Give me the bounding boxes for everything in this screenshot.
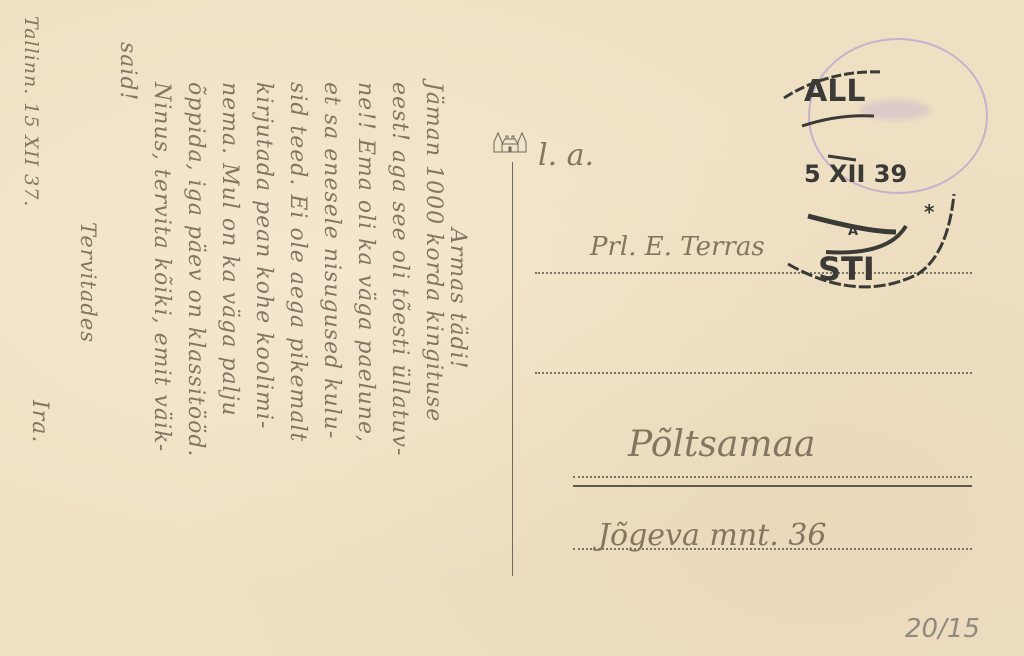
postmark: ALL 5 XII 39 A STI *: [778, 64, 958, 294]
message-line: et sa enesele nisugused kulu-: [319, 82, 344, 439]
postmark-bottom-text: STI: [818, 250, 875, 288]
city-underline: [573, 485, 972, 487]
address-name: Prl. E. Terras: [590, 232, 765, 262]
message-line: õppida, iga päev on klassitööd.: [183, 82, 208, 457]
message-closing: Tervitades: [76, 222, 100, 343]
address-line-2: [535, 372, 972, 374]
message-line: eest! aga see oli tõesti üllatuv-: [387, 82, 412, 456]
message-signature: Ira.: [27, 400, 52, 443]
postmark-letter: A: [848, 224, 858, 239]
address-city: Põltsamaa: [628, 424, 815, 465]
postmark-date: 5 XII 39: [804, 160, 907, 188]
message-line: nema. Mul on ka väga palju: [217, 82, 242, 417]
message-line: said!: [115, 42, 140, 101]
message-greeting: Armas tädi!: [445, 228, 470, 370]
message-line: Ninus, tervita kõiki, emit väik-: [149, 82, 174, 452]
reference-number: 20/15: [905, 614, 980, 644]
message-line: ne!! Ema oli ka väga paelune,: [353, 82, 378, 443]
postcard-back: Armas tädi! Jäman 1000 korda kingituse e…: [0, 0, 1024, 656]
message-line: Jäman 1000 korda kingituse: [421, 82, 446, 422]
center-divider: [512, 162, 513, 576]
message-date-place: Tallinn. 15 XII 37.: [20, 16, 42, 207]
address-line-4: [573, 548, 972, 550]
address-line-3: [573, 476, 972, 478]
postmark-top-text: ALL: [804, 74, 865, 109]
message-line: sid teed. Ei ole aega pikemalt: [285, 82, 310, 442]
castle-icon: [490, 128, 530, 156]
postmark-star-icon: *: [924, 200, 934, 224]
address-honorific: l. a.: [538, 138, 594, 173]
message-line: kirjutada pean kohe koolimi-: [251, 82, 276, 429]
